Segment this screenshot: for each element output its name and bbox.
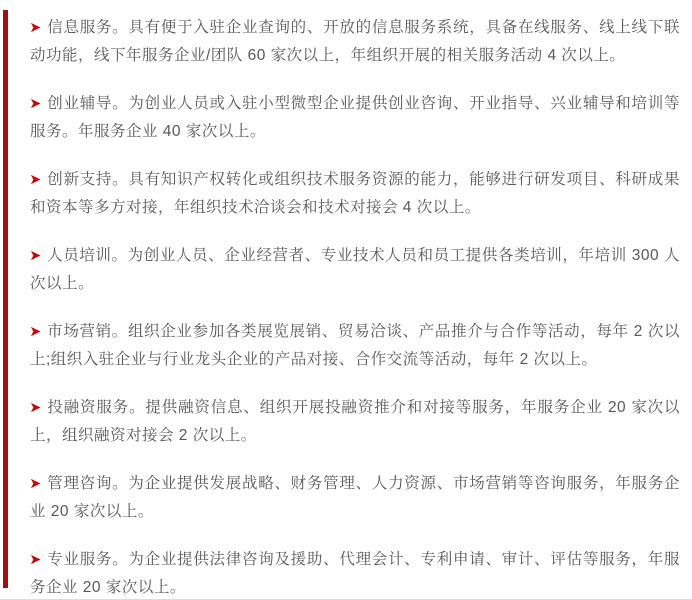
list-item-text: 创新支持。具有知识产权转化或组织技术服务资源的能力，能够进行研发项目、科研成果和… <box>30 171 680 216</box>
arrowhead-right-icon <box>30 243 41 270</box>
list-item: 投融资服务。提供融资信息、组织开展投融资推介和对接等服务，年服务企业 20 家次… <box>30 394 680 449</box>
list-item-text: 创业辅导。为创业人员或入驻小型微型企业提供创业咨询、开业指导、兴业辅导和培训等服… <box>30 95 680 140</box>
arrowhead-right-icon <box>30 547 41 574</box>
arrowhead-right-icon <box>30 167 41 194</box>
arrowhead-right-icon <box>30 91 41 118</box>
left-accent-bar <box>3 10 8 588</box>
list-item-text: 信息服务。具有便于入驻企业查询的、开放的信息服务系统，具备在线服务、线上线下联动… <box>30 19 680 64</box>
list-item: 创业辅导。为创业人员或入驻小型微型企业提供创业咨询、开业指导、兴业辅导和培训等服… <box>30 90 680 145</box>
list-item: 市场营销。组织企业参加各类展览展销、贸易洽谈、产品推介与合作等活动，每年 2 次… <box>30 318 680 373</box>
list-item: 专业服务。为企业提供法律咨询及援助、代理会计、专利申请、审计、评估等服务，年服务… <box>30 546 680 600</box>
list-item-text: 管理咨询。为企业提供发展战略、财务管理、人力资源、市场营销等咨询服务，年服务企业… <box>30 475 680 520</box>
service-requirements-list: 信息服务。具有便于入驻企业查询的、开放的信息服务系统，具备在线服务、线上线下联动… <box>30 14 680 600</box>
list-item-text: 市场营销。组织企业参加各类展览展销、贸易洽谈、产品推介与合作等活动，每年 2 次… <box>30 323 680 368</box>
list-item-text: 投融资服务。提供融资信息、组织开展投融资推介和对接等服务，年服务企业 20 家次… <box>30 399 680 444</box>
list-item: 人员培训。为创业人员、企业经营者、专业技术人员和员工提供各类培训，年培训 300… <box>30 242 680 297</box>
arrowhead-right-icon <box>30 15 41 42</box>
document-page: 信息服务。具有便于入驻企业查询的、开放的信息服务系统，具备在线服务、线上线下联动… <box>0 0 692 600</box>
arrowhead-right-icon <box>30 319 41 346</box>
list-item: 创新支持。具有知识产权转化或组织技术服务资源的能力，能够进行研发项目、科研成果和… <box>30 166 680 221</box>
list-item-text: 人员培训。为创业人员、企业经营者、专业技术人员和员工提供各类培训，年培训 300… <box>30 247 680 292</box>
arrowhead-right-icon <box>30 395 41 422</box>
list-item: 信息服务。具有便于入驻企业查询的、开放的信息服务系统，具备在线服务、线上线下联动… <box>30 14 680 69</box>
arrowhead-right-icon <box>30 471 41 498</box>
list-item: 管理咨询。为企业提供发展战略、财务管理、人力资源、市场营销等咨询服务，年服务企业… <box>30 470 680 525</box>
list-item-text: 专业服务。为企业提供法律咨询及援助、代理会计、专利申请、审计、评估等服务，年服务… <box>30 551 680 596</box>
